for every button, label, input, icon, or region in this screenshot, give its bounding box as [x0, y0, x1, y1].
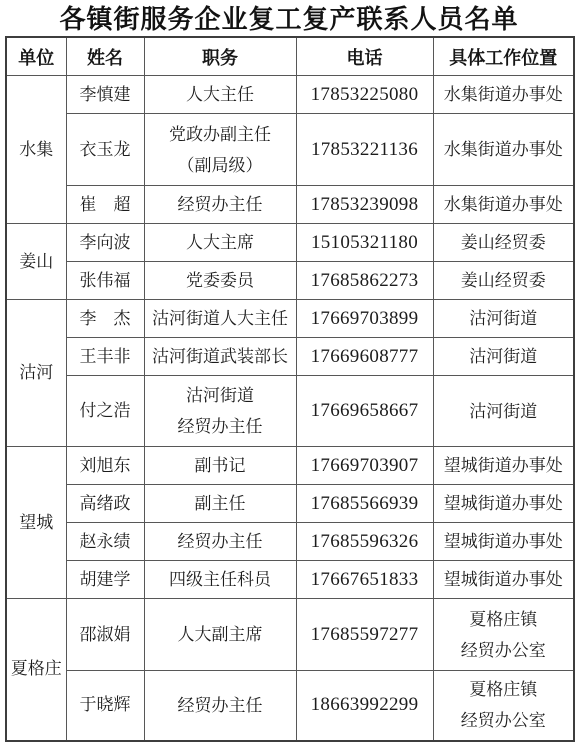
- name-cell: 李向波: [66, 224, 144, 262]
- phone-cell: 15105321180: [296, 224, 433, 262]
- position-cell: 人大主席: [144, 224, 296, 262]
- phone-cell: 17685862273: [296, 262, 433, 300]
- table-row: 夏格庄 邵淑娟 人大副主席 17685597277 夏格庄镇 经贸办公室: [6, 599, 574, 671]
- phone-cell: 17669658667: [296, 376, 433, 447]
- location-cell: 水集街道办事处: [433, 76, 574, 114]
- table-row: 高绪政 副主任 17685566939 望城街道办事处: [6, 485, 574, 523]
- contact-table: 单位 姓名 职务 电话 具体工作位置 水集 李慎建 人大主任 178532250…: [5, 36, 575, 742]
- phone-cell: 17685596326: [296, 523, 433, 561]
- phone-cell: 17853239098: [296, 186, 433, 224]
- name-cell: 李 杰: [66, 300, 144, 338]
- name-cell: 崔 超: [66, 186, 144, 224]
- position-cell: 党政办副主任 （副局级）: [144, 114, 296, 186]
- position-cell: 沽河街道人大主任: [144, 300, 296, 338]
- position-cell: 沽河街道武装部长: [144, 338, 296, 376]
- phone-cell: 18663992299: [296, 671, 433, 741]
- name-cell: 李慎建: [66, 76, 144, 114]
- name-cell: 邵淑娟: [66, 599, 144, 671]
- table-row: 望城 刘旭东 副书记 17669703907 望城街道办事处: [6, 447, 574, 485]
- unit-cell: 水集: [6, 76, 66, 224]
- header-cell-position: 职务: [144, 37, 296, 76]
- name-cell: 刘旭东: [66, 447, 144, 485]
- location-cell: 望城街道办事处: [433, 485, 574, 523]
- position-cell: 经贸办主任: [144, 186, 296, 224]
- name-cell: 衣玉龙: [66, 114, 144, 186]
- name-cell: 赵永绩: [66, 523, 144, 561]
- position-cell: 经贸办主任: [144, 523, 296, 561]
- header-cell-phone: 电话: [296, 37, 433, 76]
- table-row: 崔 超 经贸办主任 17853239098 水集街道办事处: [6, 186, 574, 224]
- header-cell-name: 姓名: [66, 37, 144, 76]
- position-cell: 人大副主席: [144, 599, 296, 671]
- page-title: 各镇街服务企业复工复产联系人员名单: [0, 4, 578, 34]
- phone-cell: 17667651833: [296, 561, 433, 599]
- phone-cell: 17669703899: [296, 300, 433, 338]
- location-cell: 沽河街道: [433, 376, 574, 447]
- phone-cell: 17853221136: [296, 114, 433, 186]
- unit-cell: 夏格庄: [6, 599, 66, 741]
- table-row: 水集 李慎建 人大主任 17853225080 水集街道办事处: [6, 76, 574, 114]
- position-cell: 沽河街道 经贸办主任: [144, 376, 296, 447]
- name-cell: 张伟福: [66, 262, 144, 300]
- unit-cell: 姜山: [6, 224, 66, 300]
- header-cell-unit: 单位: [6, 37, 66, 76]
- position-cell: 党委委员: [144, 262, 296, 300]
- phone-cell: 17669608777: [296, 338, 433, 376]
- table-row: 胡建学 四级主任科员 17667651833 望城街道办事处: [6, 561, 574, 599]
- name-cell: 胡建学: [66, 561, 144, 599]
- location-cell: 沽河街道: [433, 338, 574, 376]
- location-cell: 望城街道办事处: [433, 447, 574, 485]
- position-cell: 四级主任科员: [144, 561, 296, 599]
- document-page: 各镇街服务企业复工复产联系人员名单 单位 姓名 职务 电话 具体工作位置 水集 …: [0, 0, 578, 742]
- location-cell: 夏格庄镇 经贸办公室: [433, 599, 574, 671]
- location-cell: 夏格庄镇 经贸办公室: [433, 671, 574, 741]
- location-cell: 姜山经贸委: [433, 262, 574, 300]
- location-cell: 沽河街道: [433, 300, 574, 338]
- table-row: 沽河 李 杰 沽河街道人大主任 17669703899 沽河街道: [6, 300, 574, 338]
- location-cell: 望城街道办事处: [433, 523, 574, 561]
- table-row: 于晓辉 经贸办主任 18663992299 夏格庄镇 经贸办公室: [6, 671, 574, 741]
- position-cell: 经贸办主任: [144, 671, 296, 741]
- name-cell: 付之浩: [66, 376, 144, 447]
- name-cell: 高绪政: [66, 485, 144, 523]
- unit-cell: 沽河: [6, 300, 66, 447]
- name-cell: 于晓辉: [66, 671, 144, 741]
- location-cell: 水集街道办事处: [433, 186, 574, 224]
- phone-cell: 17685597277: [296, 599, 433, 671]
- position-cell: 副书记: [144, 447, 296, 485]
- phone-cell: 17685566939: [296, 485, 433, 523]
- table-row: 王丰非 沽河街道武装部长 17669608777 沽河街道: [6, 338, 574, 376]
- name-cell: 王丰非: [66, 338, 144, 376]
- table-row: 赵永绩 经贸办主任 17685596326 望城街道办事处: [6, 523, 574, 561]
- location-cell: 水集街道办事处: [433, 114, 574, 186]
- table-row: 付之浩 沽河街道 经贸办主任 17669658667 沽河街道: [6, 376, 574, 447]
- location-cell: 姜山经贸委: [433, 224, 574, 262]
- unit-cell: 望城: [6, 447, 66, 599]
- header-cell-location: 具体工作位置: [433, 37, 574, 76]
- table-row: 衣玉龙 党政办副主任 （副局级） 17853221136 水集街道办事处: [6, 114, 574, 186]
- header-row: 单位 姓名 职务 电话 具体工作位置: [6, 37, 574, 76]
- phone-cell: 17669703907: [296, 447, 433, 485]
- phone-cell: 17853225080: [296, 76, 433, 114]
- position-cell: 副主任: [144, 485, 296, 523]
- location-cell: 望城街道办事处: [433, 561, 574, 599]
- table-row: 姜山 李向波 人大主席 15105321180 姜山经贸委: [6, 224, 574, 262]
- table-row: 张伟福 党委委员 17685862273 姜山经贸委: [6, 262, 574, 300]
- position-cell: 人大主任: [144, 76, 296, 114]
